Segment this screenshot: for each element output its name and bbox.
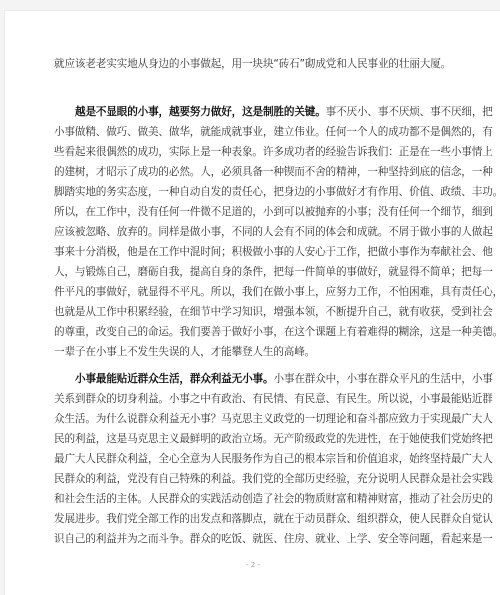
text-line: 众生活。为什么说群众利益无小事？马克思主义政党的一切理论和奋斗都应致力于实现最广…	[54, 409, 493, 429]
text-line: 应该被忽略、放弃的。同样是做小事，不同的人会有不同的体会和成就。不屑于做小事的人…	[54, 222, 500, 242]
paragraph-2: 越是不显眼的小事，越要努力做好，这是制胜的关键。事不厌小、事不厌烦、事不厌细，把…	[54, 102, 500, 362]
paragraph-heading: 小事最能贴近群众生活，群众利益无小事。	[75, 373, 273, 385]
text-line: 脚踏实地的务实态度，一种自动自发的责任心，把身边的小事做好才有作用、价值、政绩、…	[54, 182, 500, 202]
text-line: 和社会生活的主体。人民群众的实践活动创造了社会的物质财富和精神财富，推动了社会历…	[54, 489, 493, 509]
text-line: 一辈子在小事上不发生失误的人，才能攀登人生的高峰。	[54, 342, 500, 362]
text-line: 民的利益，这是马克思主义最鲜明的政治立场。无产阶级政党的先进性，在于她使我们党始…	[54, 429, 493, 449]
text-line: 最广大人民群众利益，全心全意为人民服务作为自己的根本宗旨和价值追求，始终坚持最广…	[54, 449, 493, 469]
text-line: 也就是从工作中积累经验，在细节中学习知识，增强本领，不断提升自己，就有收获，受到…	[54, 302, 500, 322]
page-number: - 2 -	[5, 561, 500, 569]
text-line: 小事最能贴近群众生活，群众利益无小事。小事在群众中，小事在群众平凡的生活中，小事	[54, 369, 493, 389]
text-line: 民群众的利益，党没有自己特殊的利益。我们党的全部历史经验，充分说明人民群众是社会…	[54, 469, 493, 489]
paragraph-heading: 越是不显眼的小事，越要努力做好，这是制胜的关键。	[75, 106, 326, 118]
text-line: 发展进步。我们党全部工作的出发点和落脚点，就在于动员群众、组织群众，使人民群众自…	[54, 509, 493, 529]
text-line: 些看起来很偶然的成功，实际上是一种表象。许多成功者的经验告诉我们：正是在一些小事…	[54, 142, 500, 162]
text-span: 事不厌小、事不厌烦、事不厌细，把	[326, 106, 493, 118]
text-line: 的建树，才昭示了成功的必然。人，必须具备一种锲而不舍的精神，一种坚持到底的信念，…	[54, 162, 500, 182]
text-line: 所以，在工作中，没有任何一件微不足道的，小到可以被抛弃的小事；没有任何一个细节，…	[54, 202, 500, 222]
text-line: 的尊重，改变自己的命运。我们要善于做好小事，在这个课题上有着难得的糊涂，这是一种…	[54, 322, 500, 342]
paragraph-1: 就应该老老实实地从身边的小事做起，用一块块“砖石”砌成党和人民事业的壮丽大厦。	[54, 54, 451, 74]
text-line: 越是不显眼的小事，越要努力做好，这是制胜的关键。事不厌小、事不厌烦、事不厌细，把	[54, 102, 500, 122]
text-line: 关系到群众的切身利益。小事之中有政治、有民情、有民意、有民生。所以说，小事最能贴…	[54, 389, 493, 409]
text-line: 事来十分消极，他是在工作中混时间；积极做小事的人安心于工作，把做小事作为奉献社会…	[54, 242, 500, 262]
document-page: 就应该老老实实地从身边的小事做起，用一块块“砖石”砌成党和人民事业的壮丽大厦。 …	[4, 10, 500, 594]
text-line: 识自己的利益并为之而斗争。群众的吃饭、就医、住房、就业、上学、安全等问题，看起来…	[54, 529, 493, 549]
paragraph-3: 小事最能贴近群众生活，群众利益无小事。小事在群众中，小事在群众平凡的生活中，小事…	[54, 369, 493, 549]
text-line: 人，与锻炼自己，磨砺自我，提高自身的条件，把每一件简单的事做好，就显得不简单；把…	[54, 262, 500, 282]
text-span: 小事在群众中，小事在群众平凡的生活中，小事	[273, 373, 492, 385]
text-line: 就应该老老实实地从身边的小事做起，用一块块“砖石”砌成党和人民事业的壮丽大厦。	[54, 54, 451, 74]
text-line: 件平凡的事做好，就显得不平凡。所以，我们在做小事上，应努力工作，不怕困难，具有责…	[54, 282, 500, 302]
text-line: 小事做精、做巧、做美、做华，就能成就事业，建立伟业。任何一个人的成功都不是偶然的…	[54, 122, 500, 142]
